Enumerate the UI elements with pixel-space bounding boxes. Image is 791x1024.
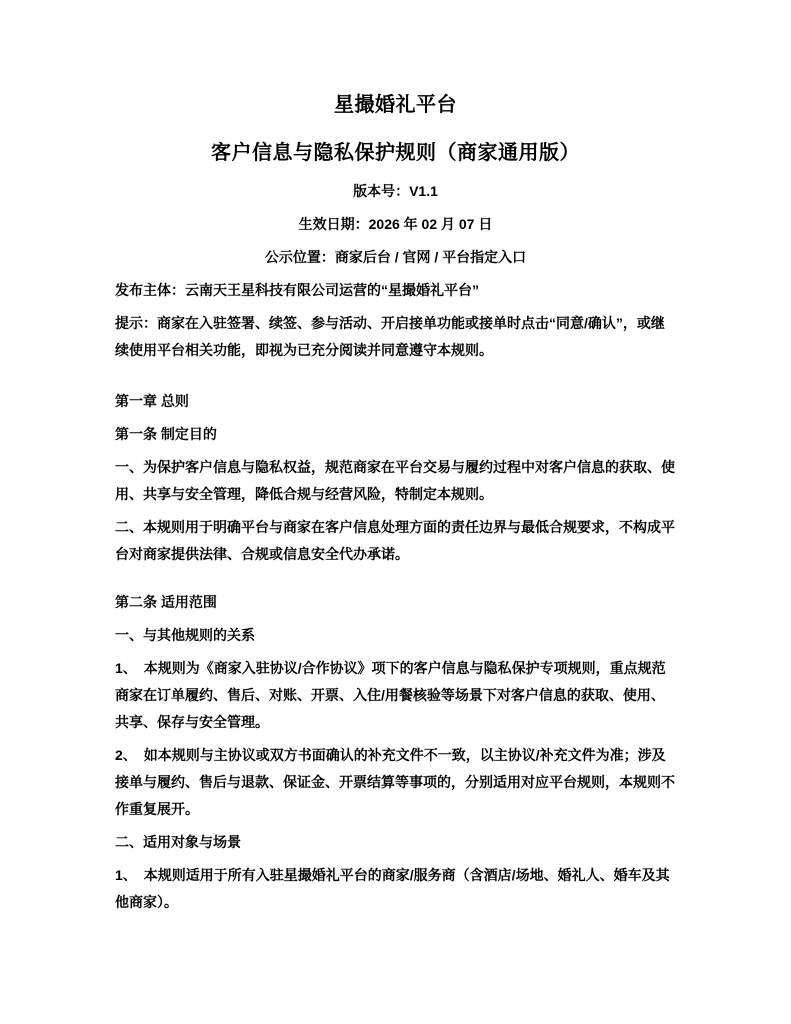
document-page: 星撮婚礼平台 客户信息与隐私保护规则（商家通用版） 版本号：V1.1 生效日期：… — [0, 0, 791, 1024]
effective-date-line: 生效日期：2026 年 02 月 07 日 — [115, 211, 676, 238]
publisher-line: 发布主体：云南天王星科技有限公司运营的“星撮婚礼平台” — [115, 277, 676, 304]
article1-item2: 二、本规则用于明确平台与商家在客户信息处理方面的责任边界与最低合规要求，不构成平… — [115, 514, 676, 568]
article2-sub2-item1: 1、 本规则适用于所有入驻星撮婚礼平台的商家/服务商（含酒店/场地、婚礼人、婚车… — [115, 862, 676, 916]
article1-heading: 第一条 制定目的 — [115, 421, 676, 448]
doc-subtitle: 客户信息与隐私保护规则（商家通用版） — [115, 137, 676, 170]
article2-sub1-item1: 1、 本规则为《商家入驻协议/合作协议》项下的客户信息与隐私保护专项规则，重点规… — [115, 655, 676, 736]
article2-heading: 第二条 适用范围 — [115, 589, 676, 616]
article2-sub2-heading: 二、适用对象与场景 — [115, 829, 676, 856]
article2-sub1-item2: 2、 如本规则与主协议或双方书面确认的补充文件不一致，以主协议/补充文件为准；涉… — [115, 742, 676, 823]
doc-title: 星撮婚礼平台 — [115, 89, 676, 122]
article1-item1: 一、为保护客户信息与隐私权益，规范商家在平台交易与履约过程中对客户信息的获取、使… — [115, 454, 676, 508]
notice-paragraph: 提示：商家在入驻签署、续签、参与活动、开启接单功能或接单时点击“同意/确认”，或… — [115, 310, 676, 364]
publish-location-line: 公示位置：商家后台 / 官网 / 平台指定入口 — [115, 244, 676, 271]
chapter1-heading: 第一章 总则 — [115, 388, 676, 415]
version-line: 版本号：V1.1 — [115, 178, 676, 205]
article2-sub1-heading: 一、与其他规则的关系 — [115, 622, 676, 649]
